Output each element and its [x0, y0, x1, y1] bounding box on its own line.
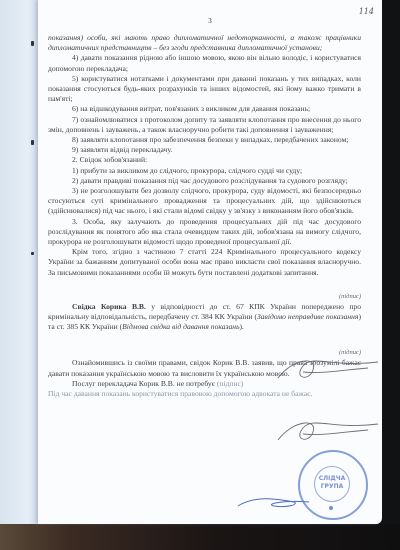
legal-aid-paragraph: Під час давання показань користуватися п… — [48, 389, 361, 399]
paragraph: 7) ознайомлюватися з протоколом допиту т… — [48, 115, 361, 135]
signature-block: (підпис) — [48, 278, 361, 302]
paragraph: 4) давати показання рідною або іншою мов… — [48, 53, 361, 73]
background-bottom — [0, 524, 400, 550]
official-stamp: СЛІДЧА ГРУПА — [298, 450, 368, 520]
binding-hole — [31, 140, 34, 145]
document-page: 114 3 показання) особи, які мають право … — [38, 0, 382, 524]
document-body: показання) особи, які мають право диплом… — [48, 33, 361, 399]
paragraph: 1) прибути за викликом до слідчого, прок… — [48, 166, 361, 176]
warning-paragraph: Свідка Корика В.В. у відповідності до ст… — [48, 302, 361, 333]
paragraph: 8) заявляти клопотання про забезпечення … — [48, 135, 361, 145]
paragraph: 2) давати правдиві показання під час дос… — [48, 176, 361, 186]
paragraph: Крім того, згідно з частиною 7 статті 22… — [48, 247, 361, 278]
paragraph: 2. Свідок зобов'язаний: — [48, 155, 361, 165]
signature-1-icon — [273, 348, 383, 388]
stamp-star-icon — [329, 506, 333, 510]
signature-label: (підпис) — [339, 292, 361, 302]
stamp-center: СЛІДЧА ГРУПА — [314, 466, 350, 502]
binding-hole — [31, 252, 34, 255]
signature-2-icon — [273, 412, 383, 452]
paragraph: 3. Особа, яку залучають до проведення пр… — [48, 217, 361, 248]
paragraph: показання) особи, які мають право диплом… — [48, 33, 361, 53]
paragraph: 6) на відшкодування витрат, пов'язаних з… — [48, 104, 361, 114]
binding-hole — [31, 41, 34, 46]
folio-mark: 114 — [359, 7, 374, 16]
paragraph: 9) заявляти відвід перекладачу. — [48, 145, 361, 155]
paragraph: 5) користуватися нотатками і документами… — [48, 74, 361, 105]
paragraph: 3) не розголошувати без дозволу слідчого… — [48, 186, 361, 217]
background-left — [0, 0, 40, 525]
page-number: 3 — [38, 17, 382, 25]
witness-name: Свідка Корика В.В. — [72, 302, 146, 311]
